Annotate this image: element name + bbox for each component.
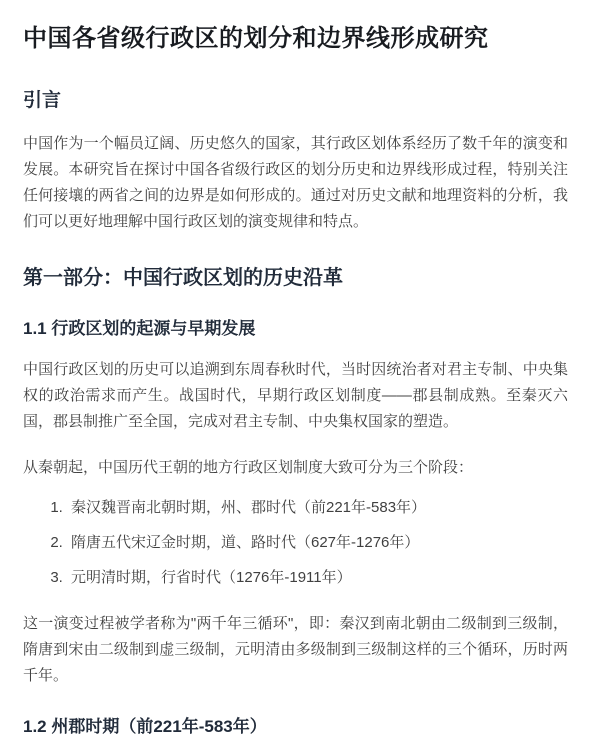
stage-list-item: 隋唐五代宋辽金时期，道、路时代（627年-1276年） [67, 530, 568, 556]
section-1-2-heading: 1.2 州郡时期（前221年-583年） [23, 716, 568, 736]
intro-heading: 引言 [23, 89, 568, 114]
section-1-1-paragraph-3: 这一演变过程被学者称为"两千年三循环"，即：秦汉到南北朝由二级制到三级制，隋唐到… [23, 611, 568, 689]
document-page: 中国各省级行政区的划分和边界线形成研究 引言 中国作为一个幅员辽阔、历史悠久的国… [0, 24, 591, 736]
page-title: 中国各省级行政区的划分和边界线形成研究 [23, 24, 568, 55]
intro-paragraph: 中国作为一个幅员辽阔、历史悠久的国家，其行政区划体系经历了数千年的演变和发展。本… [23, 131, 568, 235]
section-1-1-paragraph-2: 从秦朝起，中国历代王朝的地方行政区划制度大致可分为三个阶段： [23, 455, 568, 481]
stage-list-item: 元明清时期，行省时代（1276年-1911年） [67, 565, 568, 591]
stage-list-item: 秦汉魏晋南北朝时期，州、郡时代（前221年-583年） [67, 495, 568, 521]
section-1-1-heading: 1.1 行政区划的起源与早期发展 [23, 318, 568, 340]
stages-list: 秦汉魏晋南北朝时期，州、郡时代（前221年-583年） 隋唐五代宋辽金时期，道、… [23, 495, 568, 591]
section-1-1-paragraph-1: 中国行政区划的历史可以追溯到东周春秋时代，当时因统治者对君主专制、中央集权的政治… [23, 357, 568, 435]
part1-heading: 第一部分：中国行政区划的历史沿革 [23, 265, 568, 291]
